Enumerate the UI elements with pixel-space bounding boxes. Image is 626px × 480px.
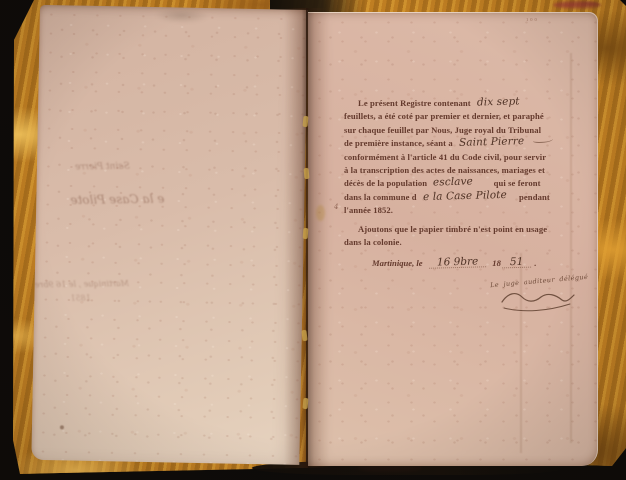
printed-text: dans la commune d bbox=[344, 192, 417, 202]
handwritten-year: 51 bbox=[502, 257, 532, 269]
pencil-smudge bbox=[154, 7, 210, 24]
printed-text: à la transcription des actes de naissanc… bbox=[344, 165, 545, 175]
stitch-thread bbox=[304, 168, 310, 179]
ink-stain bbox=[60, 425, 64, 429]
pen-flourish bbox=[533, 137, 553, 143]
text-line: décès de la population esclave qui se fe… bbox=[344, 177, 582, 190]
folio-number: 100 bbox=[526, 17, 539, 22]
text-line: sur chaque feuillet par Nous, Juge royal… bbox=[344, 124, 582, 137]
dateline: Martinique, le 16 9bre 1851 . bbox=[344, 256, 582, 270]
printed-text: conformément à l'article 41 du Code civi… bbox=[344, 152, 546, 162]
second-paragraph: Ajoutons que le papier timbré n'est poin… bbox=[344, 223, 582, 250]
text-line: conformément à l'article 41 du Code civi… bbox=[344, 151, 582, 164]
scanned-register-page: Saint Pierre e la Case Pilote Martinique… bbox=[0, 0, 626, 480]
text-line: Ajoutons que le papier timbré n'est poin… bbox=[344, 223, 582, 236]
printed-text: Le présent Registre contenant bbox=[358, 98, 471, 108]
margin-mark: 4 bbox=[334, 203, 338, 211]
handwritten-text: esclave bbox=[433, 177, 473, 188]
paper-texture bbox=[31, 5, 308, 465]
stitch-thread bbox=[303, 228, 309, 239]
bleedthrough-text: 1851 bbox=[70, 294, 90, 303]
printed-text: Martinique, le bbox=[372, 258, 423, 268]
printed-text: 18 bbox=[492, 258, 501, 268]
printed-text: qui se feront bbox=[494, 178, 541, 188]
handwritten-text: Saint Pierre bbox=[459, 136, 524, 148]
handwritten-text: e la Case Pilote bbox=[423, 190, 507, 202]
certificate-text: Le présent Registre contenant dix sept f… bbox=[344, 97, 582, 270]
printed-text: dans la colonie. bbox=[344, 237, 402, 247]
printed-text: sur chaque feuillet par Nous, Juge royal… bbox=[344, 125, 541, 135]
text-line: feuillets, a été coté par premier et der… bbox=[344, 110, 582, 123]
text-line: dans la colonie. bbox=[344, 236, 582, 249]
signature-flourish bbox=[496, 287, 580, 315]
left-page: Saint Pierre e la Case Pilote Martinique… bbox=[31, 5, 308, 465]
printed-text: . bbox=[534, 258, 536, 268]
glue-stain bbox=[316, 205, 325, 221]
right-page: 100 4 Le présent Registre contenant dix … bbox=[308, 12, 598, 466]
printed-text: pendant bbox=[519, 192, 550, 202]
bleedthrough-text: e la Case Pilote bbox=[70, 192, 164, 207]
handwritten-text: dix sept bbox=[477, 96, 520, 107]
printed-text: de première instance, séant a bbox=[344, 138, 453, 148]
text-line: l'année 1852. bbox=[344, 204, 582, 217]
printed-text: Ajoutons que le papier timbré n'est poin… bbox=[358, 224, 547, 234]
printed-text: décès de la population bbox=[344, 178, 427, 188]
stitch-thread bbox=[303, 398, 309, 409]
text-line: Le présent Registre contenant dix sept bbox=[344, 97, 582, 110]
printed-text: feuillets, a été coté par premier et der… bbox=[344, 111, 544, 121]
printed-text: l'année 1852. bbox=[344, 205, 393, 215]
bleedthrough-text: Martinique , le 16 9bre bbox=[35, 279, 129, 289]
marble-red-vein-top bbox=[553, 0, 601, 10]
bleedthrough-text: Saint Pierre bbox=[75, 162, 130, 173]
text-line: de première instance, séant a Saint Pier… bbox=[344, 137, 582, 150]
handwritten-date: 16 9bre bbox=[429, 257, 487, 269]
text-line: dans la commune d e la Case Pilote penda… bbox=[344, 191, 582, 204]
